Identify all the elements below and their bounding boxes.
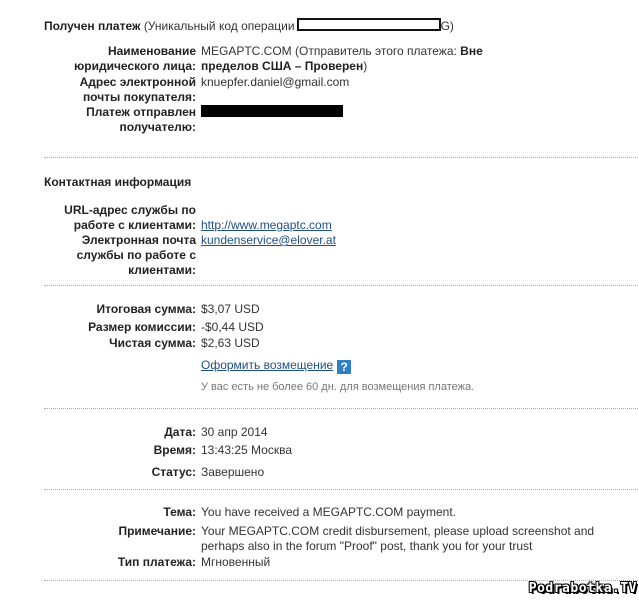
support-url-label: URL-адрес службы по работе с клиентами:	[44, 203, 196, 233]
legal-name-label: Наименование юридического лица:	[44, 44, 196, 74]
total-value: $3,07 USD	[201, 302, 260, 317]
payment-type-label: Тип платежа:	[44, 555, 196, 570]
payment-type-value: Мгновенный	[201, 555, 270, 570]
note-label: Примечание:	[44, 524, 196, 539]
net-value: $2,63 USD	[201, 336, 260, 351]
divider	[44, 157, 639, 158]
sent-to-label: Платеж отправлен получателю:	[44, 105, 196, 135]
status-label: Статус:	[44, 465, 196, 480]
net-label: Чистая сумма:	[44, 336, 196, 351]
subject-label: Тема:	[44, 505, 196, 520]
legal-name-close: )	[363, 59, 367, 73]
support-email-link[interactable]: kundenservice@elover.at	[201, 233, 336, 247]
contact-section-title: Контактная информация	[44, 175, 191, 189]
refund-note: У вас есть не более 60 дн. для возмещени…	[201, 380, 474, 395]
watermark-logo: Podrabotka.TV	[529, 581, 637, 596]
buyer-email-label: Адрес электронной почты покупателя:	[44, 75, 196, 105]
date-value: 30 апр 2014	[201, 425, 268, 440]
transaction-code-prefix: (Уникальный код операции	[144, 19, 295, 33]
divider	[44, 285, 639, 286]
payment-heading-title: Получен платеж	[44, 19, 140, 33]
legal-name-text: MEGAPTC.COM (Отправитель этого платежа:	[201, 44, 460, 58]
divider	[44, 489, 639, 490]
time-label: Время:	[44, 443, 196, 458]
issue-refund-link[interactable]: Оформить возмещение	[201, 358, 333, 372]
time-value: 13:43:25 Москва	[201, 443, 292, 458]
support-email-label: Электронная почта службы по работе с кли…	[44, 233, 196, 278]
fee-value: -$0,44 USD	[201, 320, 264, 335]
total-label: Итоговая сумма:	[44, 302, 196, 317]
fee-label: Размер комиссии:	[44, 320, 196, 335]
legal-name-value: MEGAPTC.COM (Отправитель этого платежа: …	[201, 44, 501, 74]
redacted-recipient	[201, 105, 343, 117]
help-icon[interactable]: ?	[337, 360, 351, 374]
buyer-email-value: knuepfer.daniel@gmail.com	[201, 75, 349, 90]
support-url-link[interactable]: http://www.megaptc.com	[201, 218, 332, 232]
status-value: Завершено	[201, 465, 264, 480]
redacted-transaction-code	[297, 18, 441, 31]
payment-heading: Получен платеж (Уникальный код операцииG…	[44, 18, 454, 33]
transaction-code-suffix: G)	[441, 19, 454, 33]
note-value: Your MEGAPTC.COM credit disbursement, pl…	[201, 524, 601, 554]
divider	[44, 408, 639, 409]
subject-value: You have received a MEGAPTC.COM payment.	[201, 505, 456, 520]
date-label: Дата:	[44, 425, 196, 440]
